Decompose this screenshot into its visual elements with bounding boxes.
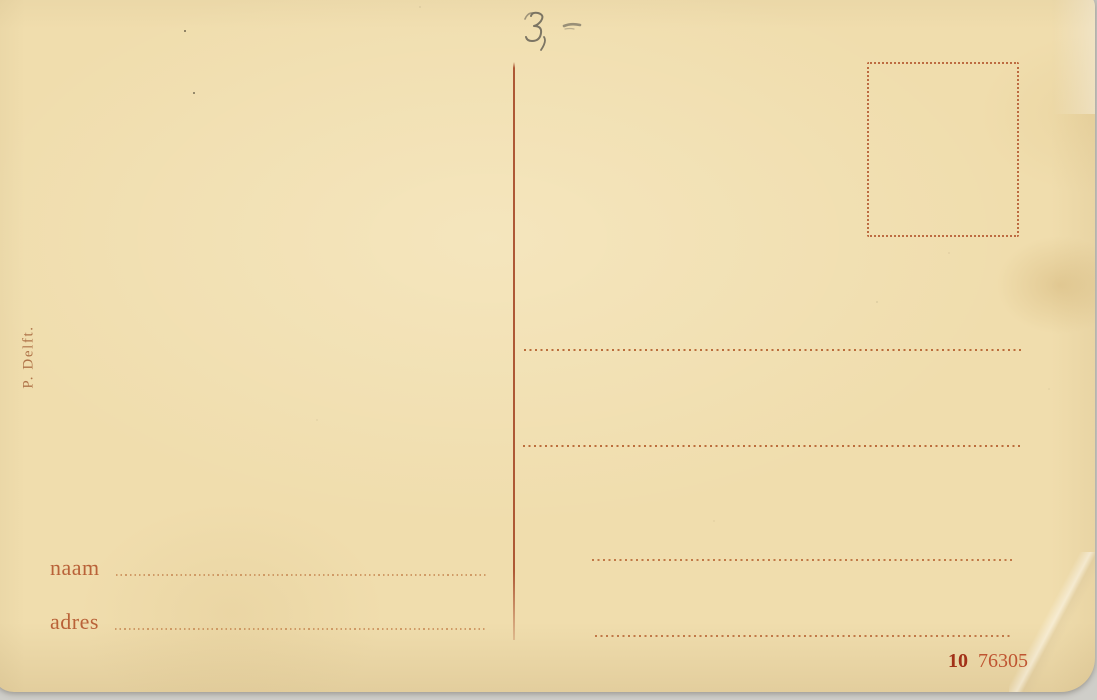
address-dotted-line-small (115, 628, 486, 630)
address-dotted-line (524, 349, 1022, 351)
stamp-box (867, 62, 1019, 237)
print-code: 10 76305 (948, 650, 1028, 672)
name-dotted-line (116, 574, 487, 576)
address-dotted-line (595, 635, 1013, 637)
name-form-row: naam (50, 557, 487, 579)
paper-specks (184, 30, 186, 32)
paper-light-streak (1035, 0, 1095, 114)
address-dotted-line (592, 559, 1013, 561)
address-dotted-line (523, 445, 1022, 447)
address-label: adres (50, 611, 99, 633)
message-address-divider-line (513, 62, 515, 640)
print-code-series: 10 (948, 650, 968, 672)
print-code-number: 76305 (978, 650, 1028, 672)
name-label: naam (50, 557, 100, 579)
handwritten-price (518, 6, 596, 62)
address-form-row: adres (50, 611, 486, 633)
scan-backdrop: naam adres P. Delft. 10 76305 (0, 0, 1097, 700)
publisher-mark: P. Delft. (21, 325, 38, 388)
